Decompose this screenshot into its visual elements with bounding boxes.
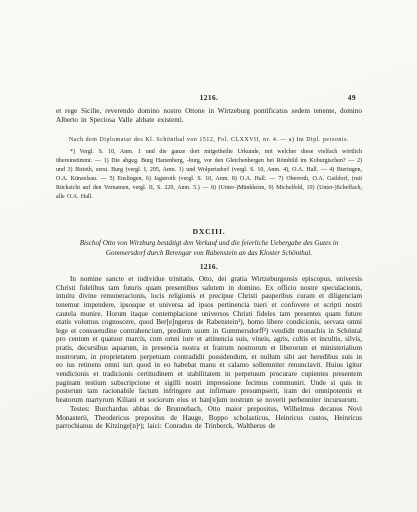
running-head-date: 1216. xyxy=(56,93,362,102)
charter-text-block: In nomine sancte et individue trinitatis… xyxy=(56,275,362,431)
charter-date-heading: 1216. xyxy=(56,262,362,271)
charter-number-heading: DXCIII. xyxy=(56,227,362,236)
scanned-book-page: 1216. 49 et rege Sicilie, reverendo domi… xyxy=(0,0,417,512)
charter-body-text: In nomine sancte et individue trinitatis… xyxy=(56,275,362,404)
charter-title: Bischof Otto von Wirzburg bestätigt den … xyxy=(66,239,352,258)
page-number: 49 xyxy=(348,93,356,102)
charter-witness-list: Testes: Burchardus abbas de Brunnebach, … xyxy=(56,405,362,431)
footnote-block: *) Vergl. S. 10, Anm. 1 und die ganze do… xyxy=(56,148,362,201)
source-note: Nach dem Diplomatar des Kl. Schönthal vo… xyxy=(56,136,362,144)
previous-charter-closing-text: et rege Sicilie, reverendo domino nostro… xyxy=(56,107,362,126)
running-head: 1216. 49 xyxy=(56,93,362,103)
